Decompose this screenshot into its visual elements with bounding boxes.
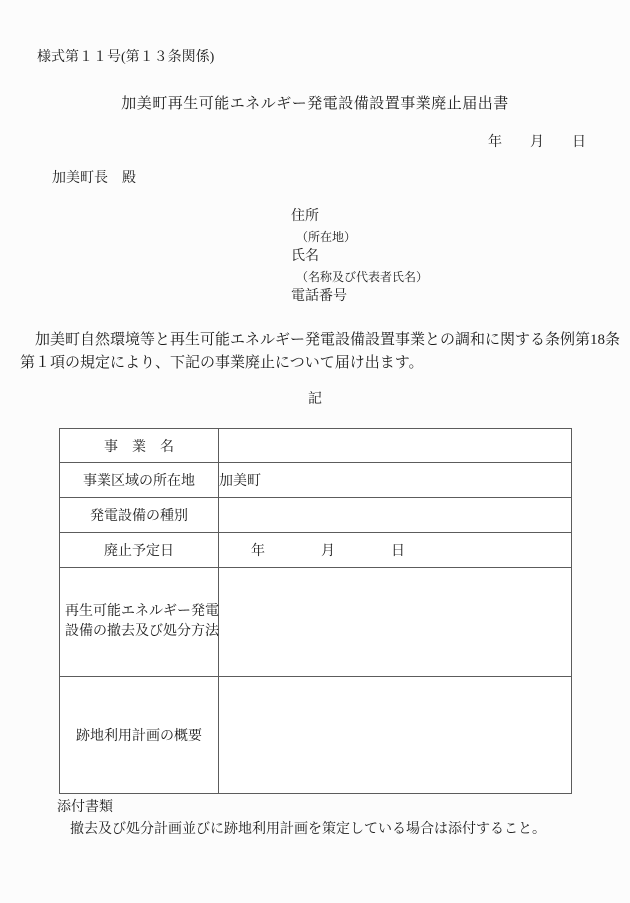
address-label: 住所 [291, 207, 428, 227]
table-row-site-use-plan: 跡地利用計画の概要 [60, 677, 572, 794]
equipment-type-value [219, 498, 572, 533]
form-table: 事 業 名 事業区域の所在地 加美町 発電設備の種別 廃止予定日 年 月 日 再… [59, 428, 572, 794]
table-row-planned-abolition-date: 廃止予定日 年 月 日 [60, 533, 572, 568]
removal-disposal-method-label-line2: 設備の撤去及び処分方法 [65, 622, 218, 642]
body-paragraph-line1: 加美町自然環境等と再生可能エネルギー発電設備設置事業との調和に関する条例第18条 [20, 329, 616, 352]
attachments-note: 撤去及び処分計画並びに跡地利用計画を策定している場合は添付すること。 [70, 818, 546, 838]
removal-disposal-method-label-line1: 再生可能エネルギー発電 [65, 602, 218, 622]
table-row-removal-disposal-method: 再生可能エネルギー発電 設備の撤去及び処分方法 [60, 568, 572, 677]
applicant-block: 住所 （所在地） 氏名 （名称及び代表者氏名） 電話番号 [291, 207, 428, 307]
business-name-label: 事 業 名 [60, 429, 219, 463]
equipment-type-label: 発電設備の種別 [60, 498, 219, 533]
site-use-plan-label: 跡地利用計画の概要 [60, 677, 219, 794]
ki-heading: 記 [0, 388, 630, 408]
business-name-value [219, 429, 572, 463]
form-number: 様式第１１号(第１３条関係) [37, 46, 214, 66]
body-paragraph: 加美町自然環境等と再生可能エネルギー発電設備設置事業との調和に関する条例第18条… [20, 329, 616, 375]
table-row-equipment-type: 発電設備の種別 [60, 498, 572, 533]
site-use-plan-value [219, 677, 572, 794]
planned-abolition-date-label: 廃止予定日 [60, 533, 219, 568]
business-area-location-label: 事業区域の所在地 [60, 463, 219, 498]
name-label: 氏名 [291, 247, 428, 267]
table-row-business-area-location: 事業区域の所在地 加美町 [60, 463, 572, 498]
name-note: （名称及び代表者氏名） [291, 267, 428, 287]
removal-disposal-method-label: 再生可能エネルギー発電 設備の撤去及び処分方法 [60, 568, 219, 677]
removal-disposal-method-value [219, 568, 572, 677]
phone-label: 電話番号 [291, 287, 428, 307]
document-page: 様式第１１号(第１３条関係) 加美町再生可能エネルギー発電設備設置事業廃止届出書… [0, 0, 630, 903]
date-line: 年 月 日 [488, 131, 586, 151]
table-row-business-name: 事 業 名 [60, 429, 572, 463]
planned-abolition-date-value: 年 月 日 [219, 533, 572, 568]
addressee-line: 加美町長 殿 [52, 167, 136, 187]
attachments-heading: 添付書類 [57, 796, 113, 816]
address-note: （所在地） [291, 227, 428, 247]
body-paragraph-line2: 第１項の規定により、下記の事業廃止について届け出ます。 [20, 352, 616, 375]
document-title: 加美町再生可能エネルギー発電設備設置事業廃止届出書 [0, 92, 630, 113]
business-area-location-value: 加美町 [219, 463, 572, 498]
